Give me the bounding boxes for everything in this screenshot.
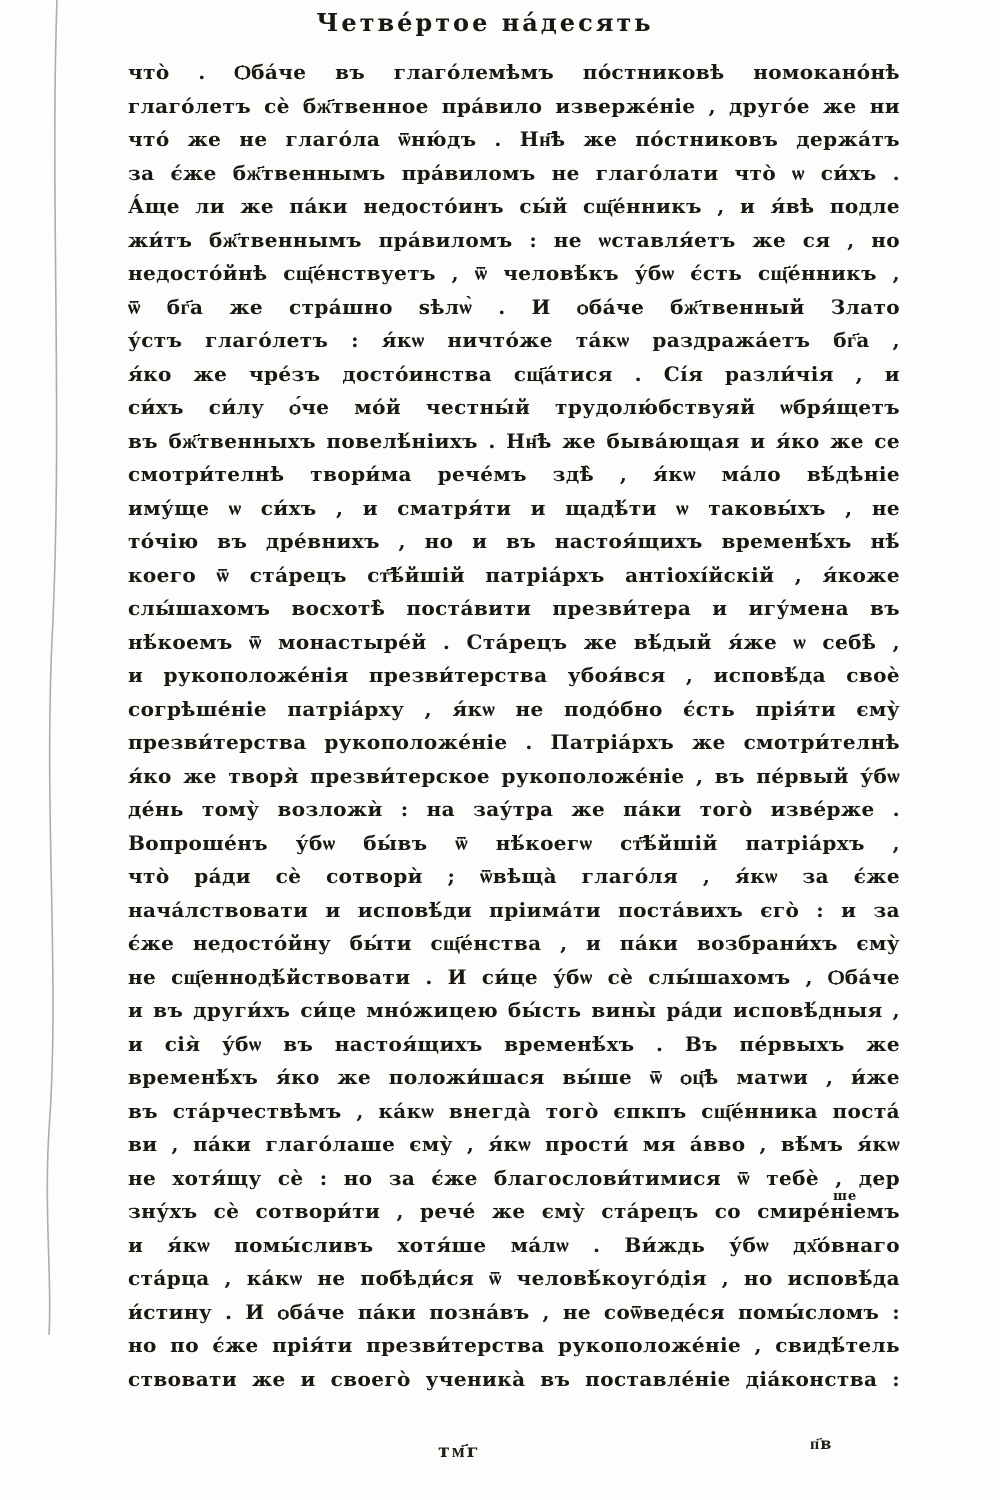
chapter-heading: Четве́ртое на́десять xyxy=(155,8,815,37)
text-line: смотри́телнѣ твори́ма рече́мъ здѣ̀ , я́к… xyxy=(128,458,900,492)
text-line: нѣ́коемъ ѿ монастыре́й . Ста́рецъ же вѣ́… xyxy=(128,626,900,660)
text-line: слы́шахомъ восхотѣ̀ поста́вити презви́те… xyxy=(128,592,900,626)
text-line: иму́ще ѡ си́хъ , и сматря́ти и щадѣ́ти ѡ… xyxy=(128,492,900,526)
text-line: нача́лствовати и исповѣ́ди пріима́ти пос… xyxy=(128,894,900,928)
text-line: ѿ бг҃а же стра́шно ѕѣлѡ̀ . И ѻба́че бж҃т… xyxy=(128,291,900,325)
text-line: въ бж҃твенныхъ повелѣ́ніихъ . Нн҃ѣ же бы… xyxy=(128,425,900,459)
text-line: зну́хъ сѐ сотвори́ти , рече́ же єму̀ ста… xyxy=(128,1195,900,1229)
margin-note: ше xyxy=(833,1189,857,1204)
book-page: Четве́ртое на́десять что̀ . Ѻба́че въ гл… xyxy=(0,0,1000,1500)
text-line: и сія̀ у́бѡ въ настоя́щихъ временѣ́хъ . … xyxy=(128,1028,900,1062)
text-line: недосто́йнѣ сщ҃е́нствуетъ , ѿ человѣ́къ … xyxy=(128,257,900,291)
text-line: А́ще ли же па́ки недосто́инъ сы́й сщ҃е́н… xyxy=(128,190,900,224)
text-line: въ ста́рчествѣмъ , ка́кѡ внегда̀ того̀ є… xyxy=(128,1095,900,1129)
text-line: и́стину . И ѻба́че па́ки позна́въ , не с… xyxy=(128,1296,900,1330)
text-line: ви , па́ки глаго́лаше єму̀ , я́кѡ прости… xyxy=(128,1128,900,1162)
text-line: глаго́летъ сѐ бж҃твенное пра́вило изверж… xyxy=(128,90,900,124)
text-line: я́ко же чре́зъ досто́инства сщ҃а́тися . … xyxy=(128,358,900,392)
text-line: не сщ҃еннодѣ́йствовати . И си́це у́бѡ сѐ… xyxy=(128,961,900,995)
text-line: то́чію въ дре́внихъ , но и въ настоя́щих… xyxy=(128,525,900,559)
text-line: но по є́же прія́ти презви́терства рукопо… xyxy=(128,1329,900,1363)
text-line: є́же недосто́йну бы́ти сщ҃е́нства , и па… xyxy=(128,927,900,961)
text-line: жи́тъ бж҃твеннымъ пра́виломъ : не ѡставл… xyxy=(128,224,900,258)
text-line: и въ други́хъ си́це мно́жицею бы́сть вин… xyxy=(128,994,900,1028)
text-line: и я́кѡ помы́сливъ хотя́ше ма́лѡ . Ви́ждь… xyxy=(128,1229,900,1263)
text-line: у́стъ глаго́летъ : я́кѡ ничто́же та́кѡ р… xyxy=(128,324,900,358)
text-line: что̀ ра́ди сѐ сотворѝ ; ѿвѣща̀ глаго́ля … xyxy=(128,860,900,894)
text-line: я́ко же творя̀ презви́терское рукоположе… xyxy=(128,760,900,794)
text-line: что́ же не глаго́ла ѿню́дъ . Нн҃ѣ же по́… xyxy=(128,123,900,157)
text-line: согрѣше́ніе патріа́рху , я́кѡ не подо́бн… xyxy=(128,693,900,727)
text-line: за є́же бж҃твеннымъ пра́виломъ не глаго́… xyxy=(128,157,900,191)
body-text: что̀ . Ѻба́че въ глаго́лемѣмъ по́стников… xyxy=(128,56,900,1396)
text-line: коего ѿ ста́рецъ ст҃ѣ́йшій патріа́рхъ ан… xyxy=(128,559,900,593)
text-line: ста́рца , ка́кѡ не побѣди́ся ѿ человѣ́ко… xyxy=(128,1262,900,1296)
quire-signature: п҃в xyxy=(810,1434,832,1454)
text-line: что̀ . Ѻба́че въ глаго́лемѣмъ по́стников… xyxy=(128,56,900,90)
text-line: временѣ́хъ я́ко же положи́шася вы́ше ѿ ѻ… xyxy=(128,1061,900,1095)
page-edge-line xyxy=(0,0,120,1340)
text-line: де́нь тому̀ возложѝ : на зау́тра же па́к… xyxy=(128,793,900,827)
text-line: и рукоположе́нія презви́терства убоя́вся… xyxy=(128,659,900,693)
text-line: Вопроше́нъ у́бѡ бы́въ ѿ нѣ́коегѡ ст҃ѣ́йш… xyxy=(128,827,900,861)
text-line: ствовати же и своего̀ ученика̀ въ постав… xyxy=(128,1363,900,1397)
text-line: не хотя́щу сѐ : но за є́же благослови́ти… xyxy=(128,1162,900,1196)
text-line: си́хъ си́лу ѻ́че мо́й честны́й трудолю́б… xyxy=(128,391,900,425)
page-number-cyrillic: тм҃г xyxy=(438,1440,480,1463)
text-line: презви́терства рукоположе́ніе . Патріа́р… xyxy=(128,726,900,760)
